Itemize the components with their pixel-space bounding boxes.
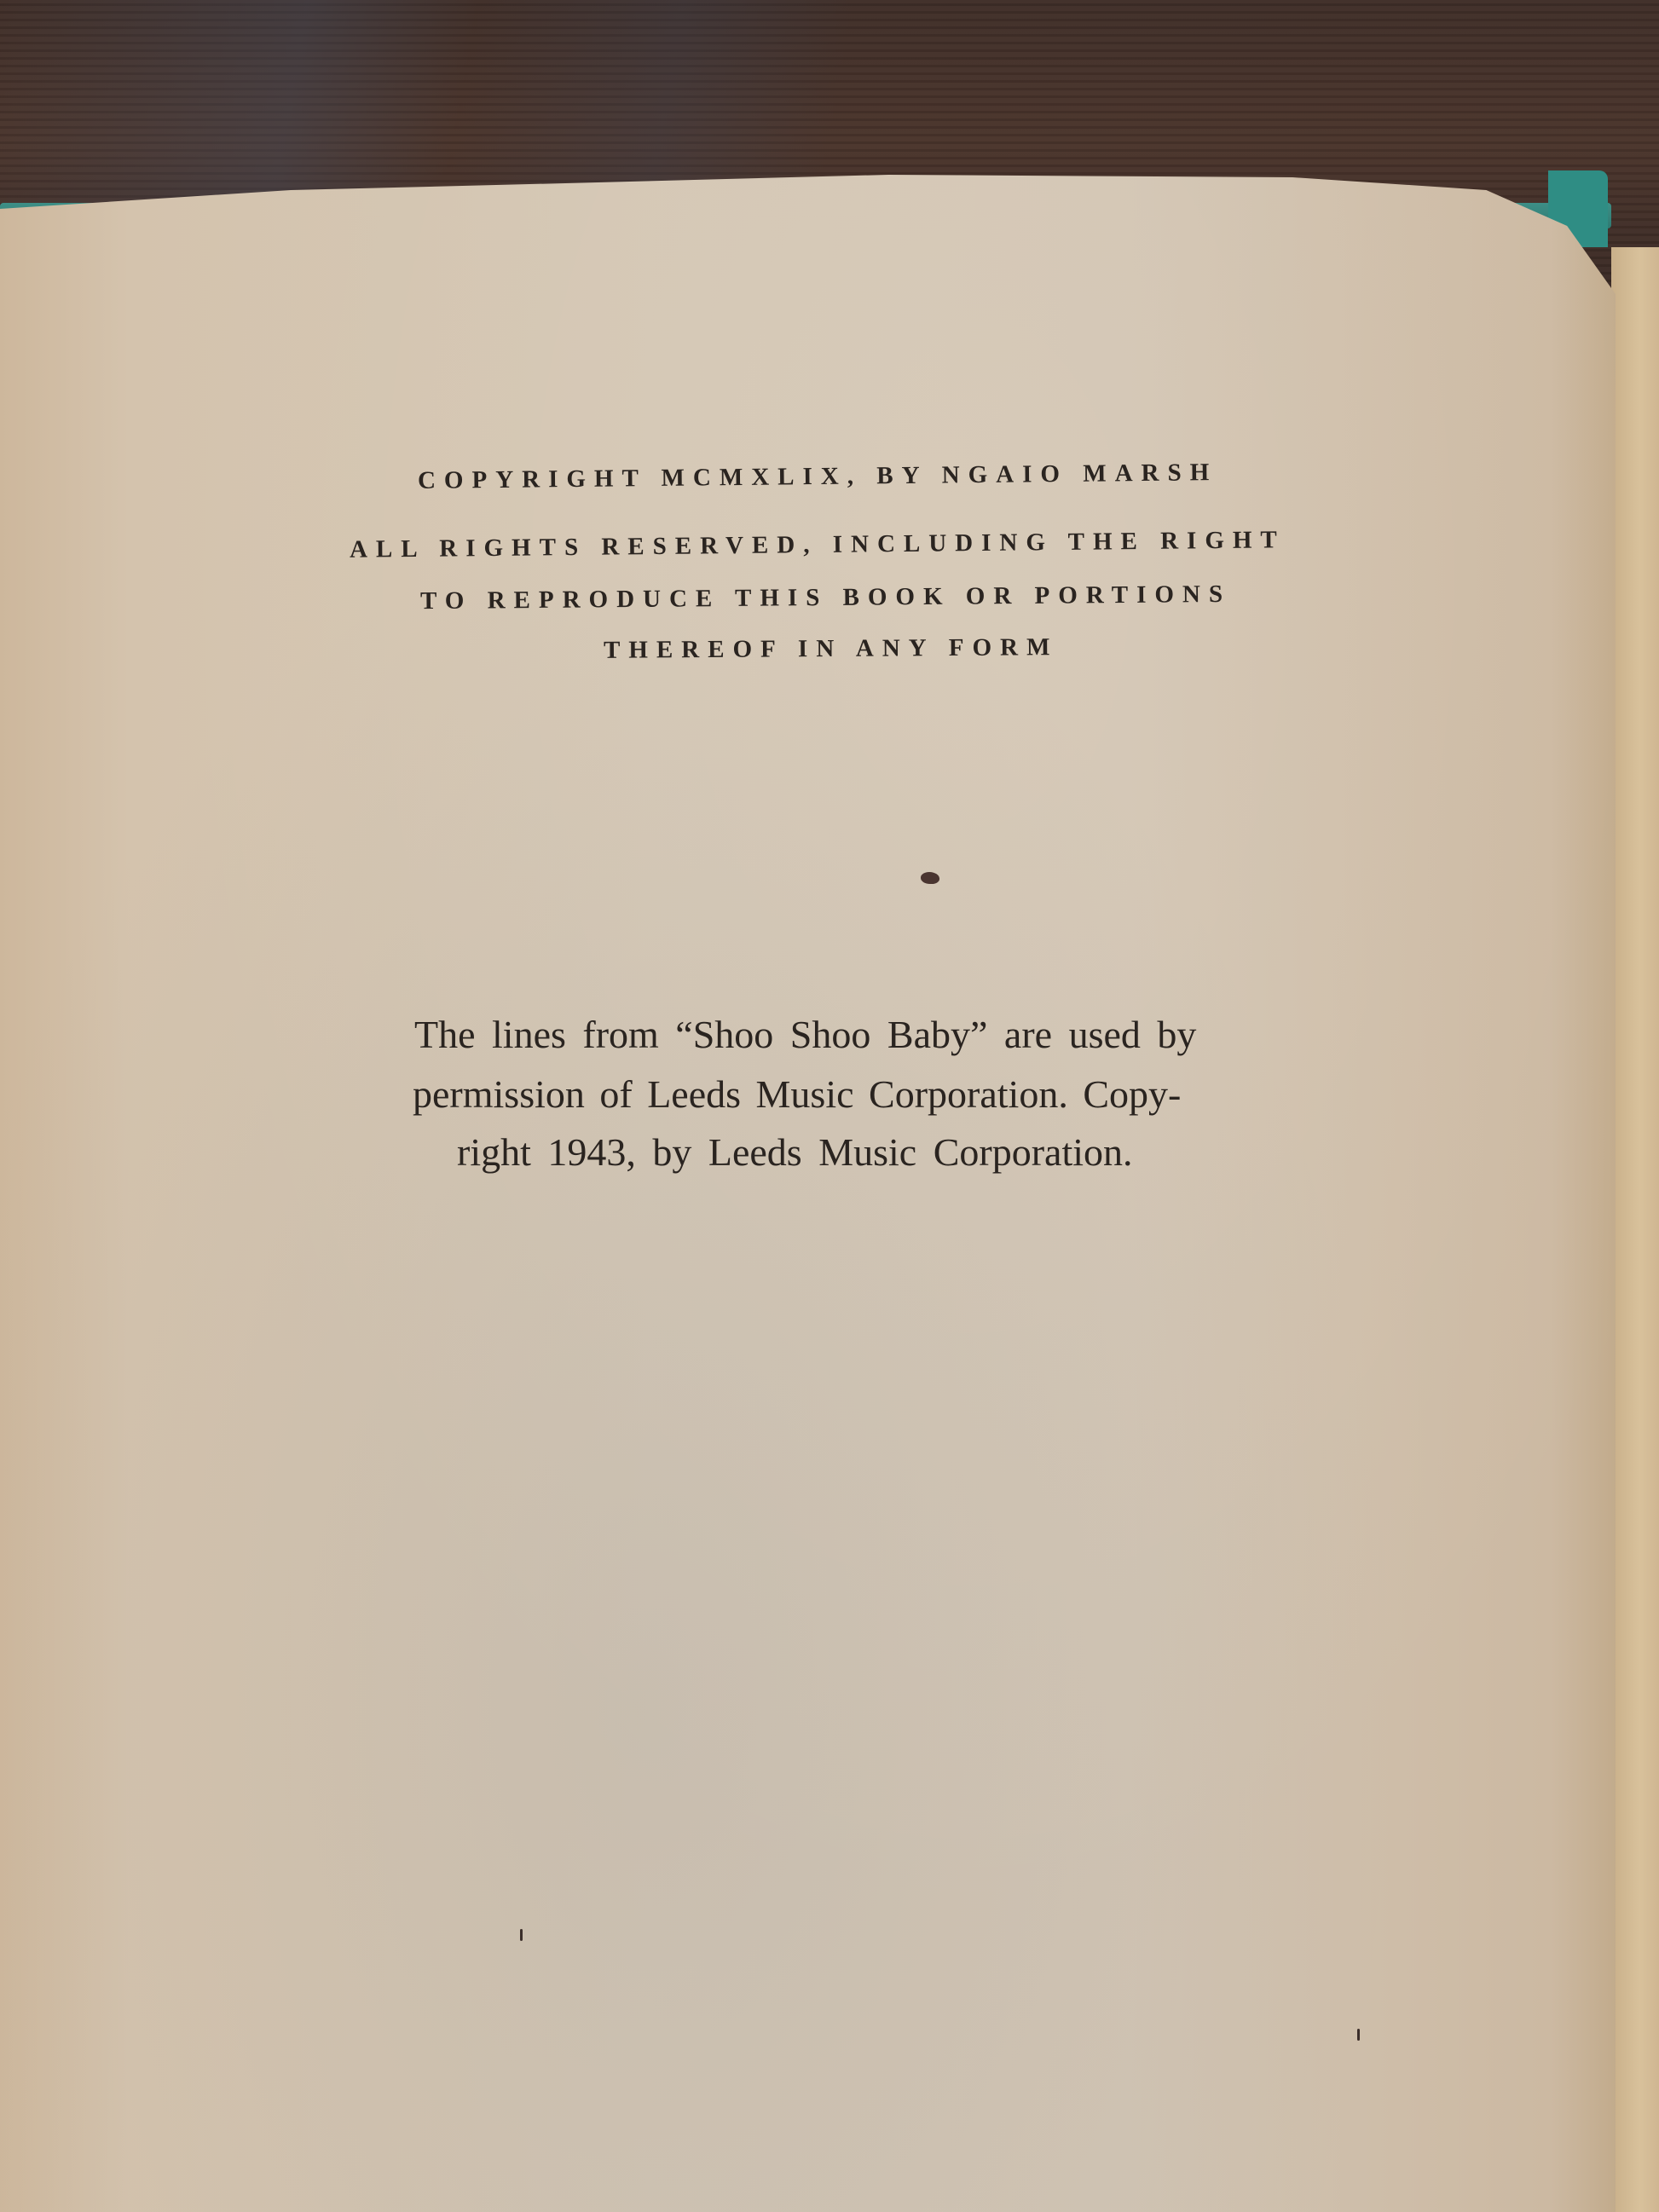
rights-line: THEREOF IN ANY FORM — [604, 635, 1059, 663]
page-content: COPYRIGHT MCMXLIX, BY NGAIO MARSH ALL RI… — [0, 175, 1616, 2212]
paper-fleck — [1357, 2029, 1360, 2041]
right-page-edge — [1611, 247, 1659, 2212]
book-page: COPYRIGHT MCMXLIX, BY NGAIO MARSH ALL RI… — [0, 175, 1616, 2212]
permission-line: permission of Leeds Music Corporation. C… — [413, 1066, 1181, 1123]
rights-line: ALL RIGHTS RESERVED, INCLUDING THE RIGHT — [350, 528, 1286, 562]
ink-spot — [921, 872, 939, 884]
copyright-line: COPYRIGHT MCMXLIX, BY NGAIO MARSH — [418, 460, 1217, 494]
paper-fleck — [520, 1929, 523, 1941]
rights-line: TO REPRODUCE THIS BOOK OR PORTIONS — [420, 582, 1231, 614]
permission-line: The lines from “Shoo Shoo Baby” are used… — [414, 1006, 1196, 1063]
permission-line: right 1943, by Leeds Music Corporation. — [457, 1123, 1133, 1181]
